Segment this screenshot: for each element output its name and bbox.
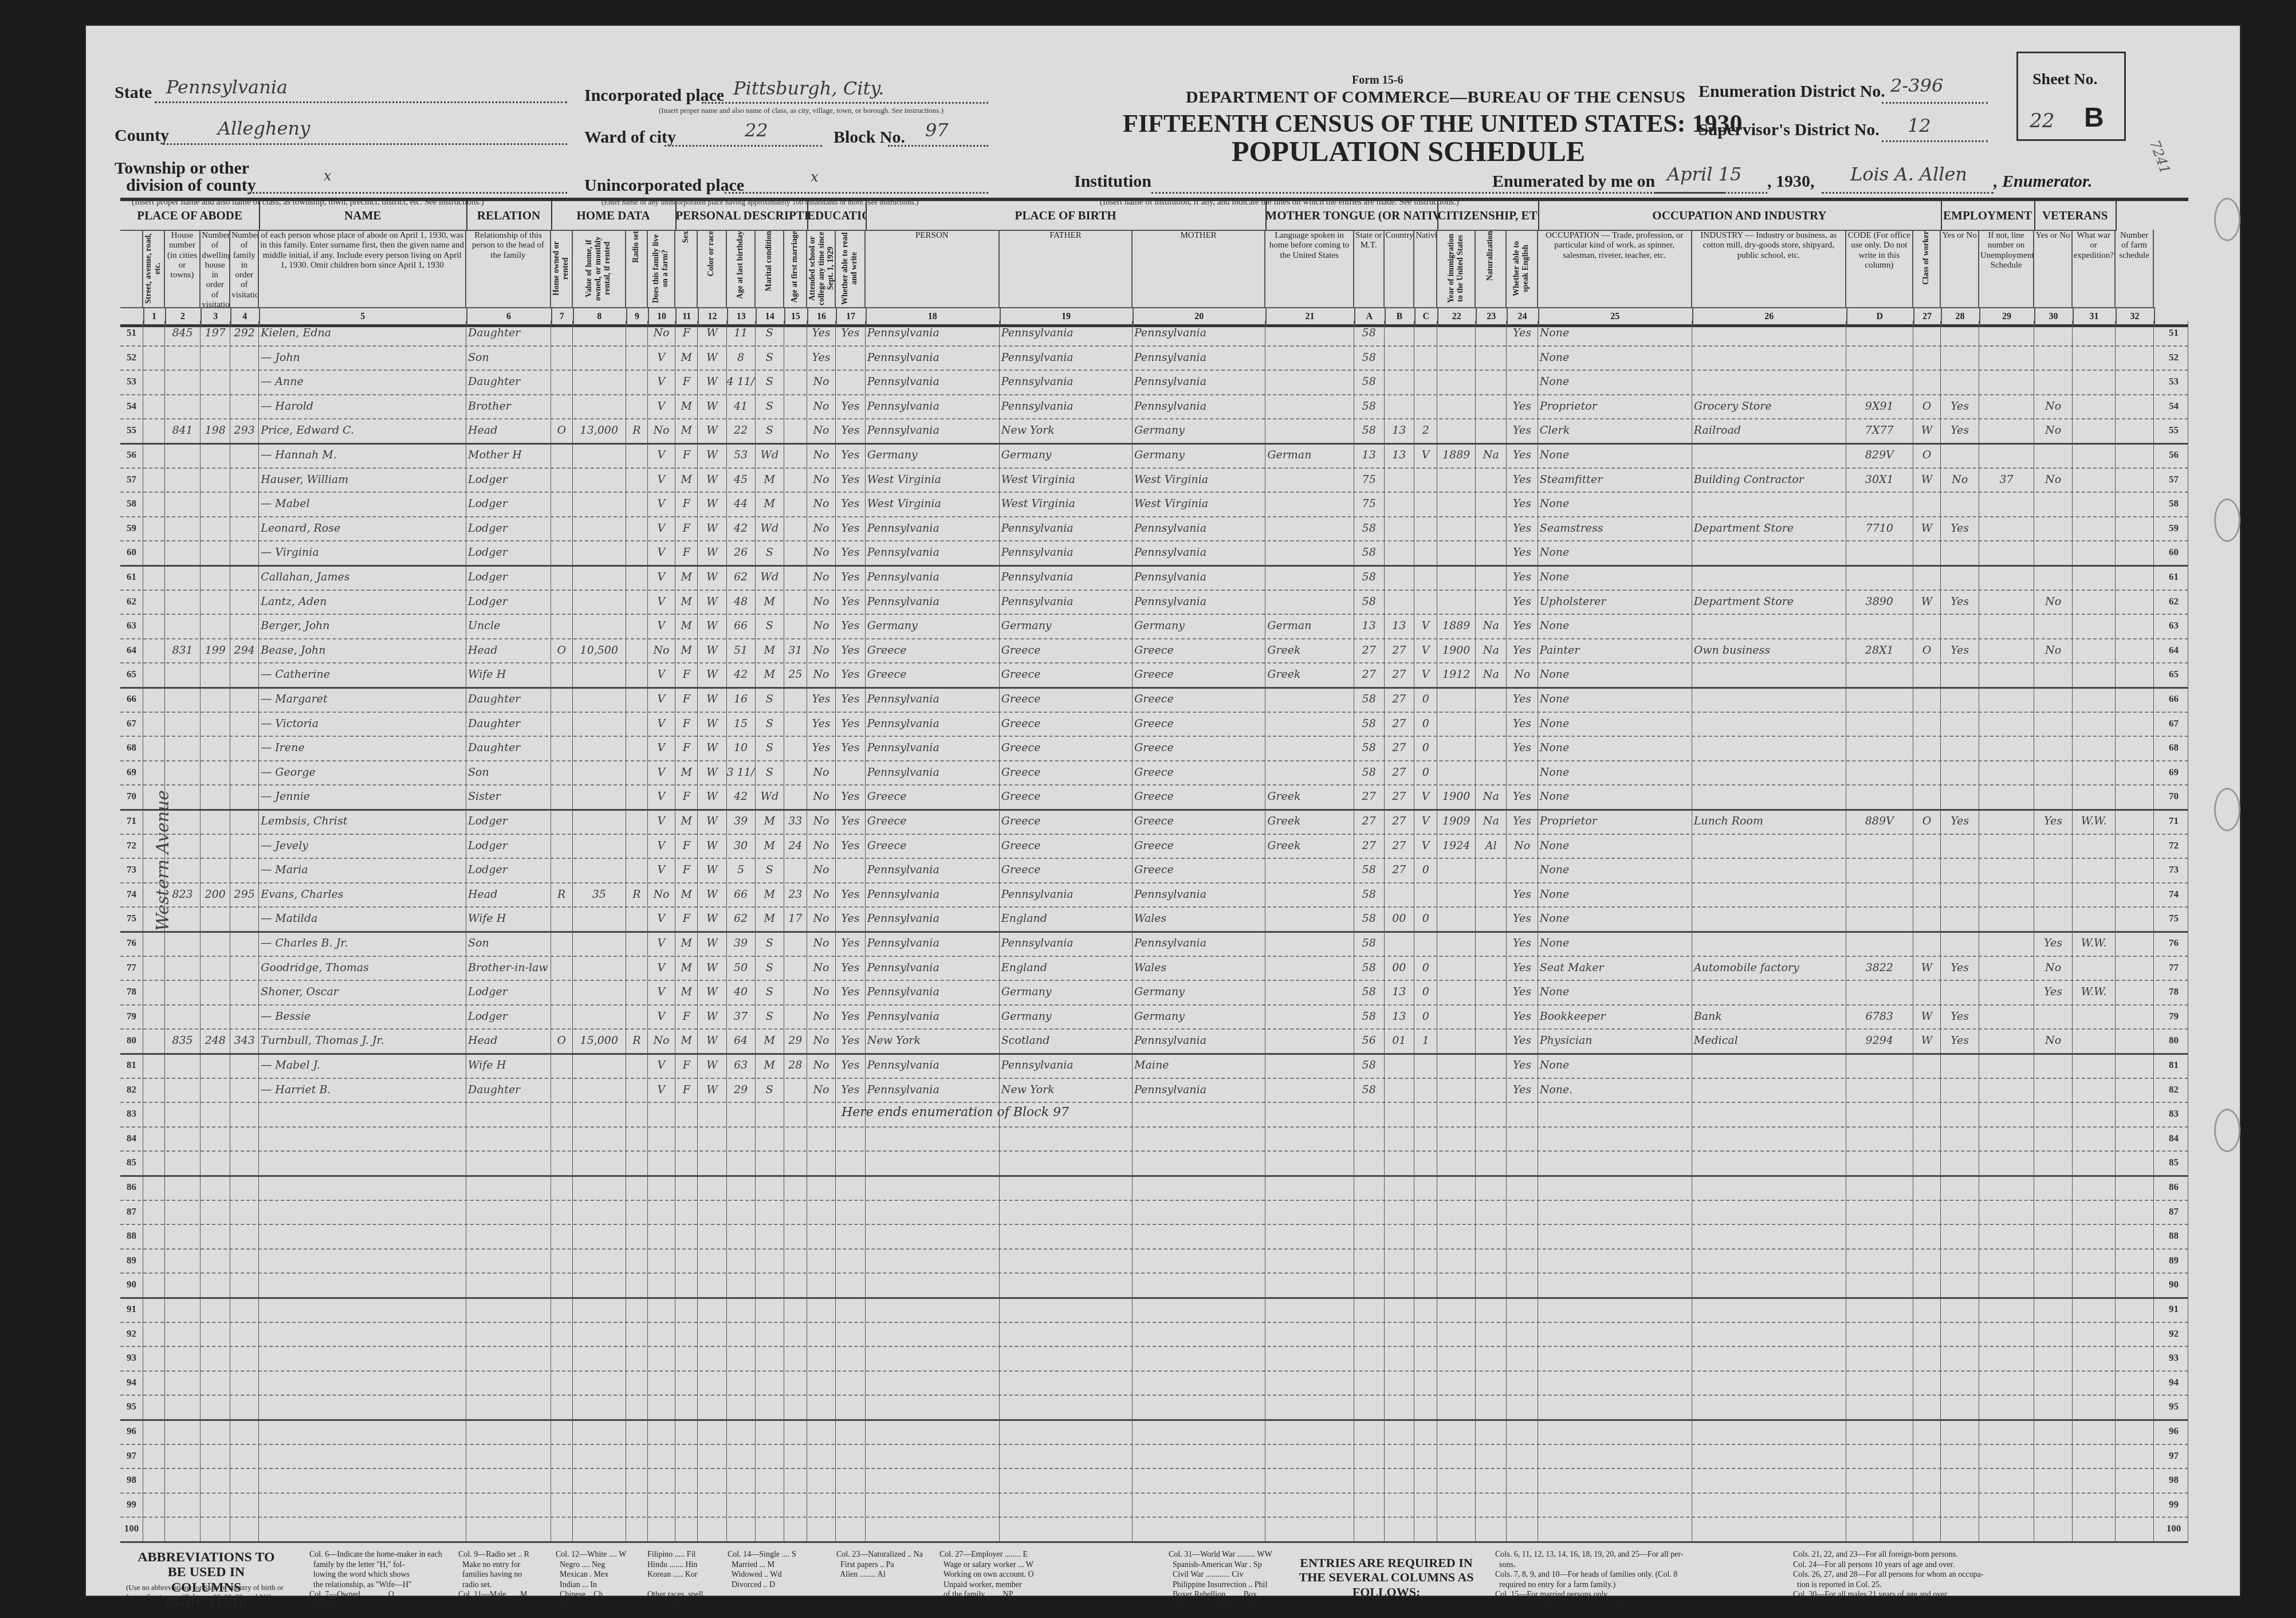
cell-vet bbox=[2034, 1444, 2073, 1468]
cell-farm-sched bbox=[2116, 1273, 2154, 1297]
cell-natur bbox=[1476, 858, 1507, 882]
cell-english: Yes bbox=[1507, 906, 1538, 931]
cell-dwelling: 248 bbox=[200, 1028, 230, 1053]
cell-line-right: 91 bbox=[2160, 1297, 2188, 1322]
cell-school: No bbox=[807, 540, 836, 565]
cell-sex: F bbox=[675, 321, 698, 345]
cell-marital bbox=[756, 1297, 784, 1322]
cell-school: No bbox=[807, 638, 836, 663]
cell-radio bbox=[626, 834, 648, 858]
cell-bp-mother: Germany bbox=[1133, 1004, 1265, 1029]
cell-race: W bbox=[698, 492, 726, 516]
cell-farm-sched bbox=[2116, 931, 2154, 956]
column-label-text: Does this family live on a farm? bbox=[652, 231, 670, 306]
column-group-header: PLACE OF BIRTH bbox=[866, 201, 1267, 231]
cell-emp bbox=[1941, 565, 1979, 590]
cell-value bbox=[573, 662, 627, 687]
cell-farm bbox=[648, 1273, 675, 1297]
cell-race: W bbox=[698, 1053, 726, 1078]
cell-natur bbox=[1476, 1419, 1507, 1444]
cell-read bbox=[836, 1395, 866, 1419]
cell-class bbox=[1913, 1419, 1941, 1444]
cell-read: Yes bbox=[836, 516, 866, 541]
cell-dwelling bbox=[200, 1297, 230, 1322]
cell-code-a: 58 bbox=[1354, 882, 1385, 907]
cell-code-a bbox=[1354, 1150, 1385, 1175]
cell-english bbox=[1507, 1517, 1538, 1541]
cell-natur bbox=[1476, 736, 1507, 760]
cell-vet: Yes bbox=[2034, 809, 2073, 834]
cell-line-right: 90 bbox=[2160, 1273, 2188, 1297]
column-label: Street, avenue, road, etc. bbox=[143, 230, 165, 307]
cell-house bbox=[165, 1150, 201, 1175]
cell-bp-mother: Pennsylvania bbox=[1133, 1078, 1265, 1102]
cell-english: Yes bbox=[1507, 687, 1538, 712]
cell-age: 48 bbox=[727, 590, 756, 614]
cell-dwelling: 200 bbox=[200, 882, 230, 907]
cell-age-marr bbox=[784, 1004, 807, 1029]
cell-code-b bbox=[1385, 1493, 1415, 1517]
cell-bp-person: Pennsylvania bbox=[866, 858, 1000, 882]
cell-code-d bbox=[1846, 662, 1913, 687]
cell-bp-person bbox=[866, 1517, 1000, 1541]
cell-dwelling bbox=[200, 712, 230, 736]
cell-immig bbox=[1437, 1224, 1476, 1248]
cell-family bbox=[230, 858, 259, 882]
cell-code-d bbox=[1846, 1200, 1913, 1224]
cell-read bbox=[836, 1297, 866, 1322]
cell-sex: F bbox=[675, 736, 698, 760]
cell-bp-father bbox=[1000, 1395, 1133, 1419]
cell-bp-mother: Pennsylvania bbox=[1133, 540, 1265, 565]
cell-war bbox=[2073, 492, 2116, 516]
cell-bp-mother: Pennsylvania bbox=[1133, 370, 1265, 394]
cell-school bbox=[807, 1395, 836, 1419]
cell-age: 50 bbox=[727, 956, 756, 980]
cell-radio bbox=[626, 1126, 648, 1151]
cell-house bbox=[165, 540, 201, 565]
cell-family bbox=[230, 345, 259, 370]
cell-english bbox=[1507, 1297, 1538, 1322]
cell-dwelling bbox=[200, 1102, 230, 1126]
cell-bp-person: Pennsylvania bbox=[866, 736, 1000, 760]
cell-radio bbox=[626, 1102, 648, 1126]
cell-age: 62 bbox=[727, 906, 756, 931]
cell-immig bbox=[1437, 736, 1476, 760]
cell-farm: V bbox=[648, 736, 675, 760]
cell-name: — Hannah M. bbox=[259, 443, 466, 468]
cell-marital: S bbox=[756, 858, 784, 882]
cell-english bbox=[1507, 1322, 1538, 1346]
cell-relation: Lodger bbox=[466, 809, 551, 834]
cell-house bbox=[165, 931, 201, 956]
cell-line: 75 bbox=[120, 906, 143, 931]
cell-code-c bbox=[1414, 492, 1437, 516]
cell-code-a: 58 bbox=[1354, 760, 1385, 785]
cell-industry bbox=[1692, 1297, 1846, 1322]
cell-relation: Head bbox=[466, 418, 551, 443]
cell-line: 56 bbox=[120, 443, 143, 468]
cell-farm-sched bbox=[2116, 1419, 2154, 1444]
cell-emp bbox=[1941, 882, 1979, 907]
end-of-block-note: Here ends enumeration of Block 97 bbox=[842, 1105, 1069, 1120]
cell-owned bbox=[551, 1126, 573, 1151]
cell-occupation bbox=[1538, 1200, 1692, 1224]
column-group-header: EMPLOYMENT bbox=[1941, 201, 2035, 231]
cell-race bbox=[698, 1175, 726, 1200]
cell-industry: Department Store bbox=[1692, 516, 1846, 541]
cell-relation: Lodger bbox=[466, 858, 551, 882]
cell-value bbox=[573, 956, 627, 980]
cell-age-marr bbox=[784, 784, 807, 809]
cell-relation: Daughter bbox=[466, 736, 551, 760]
cell-natur bbox=[1476, 1078, 1507, 1102]
cell-race: W bbox=[698, 418, 726, 443]
cell-code-c bbox=[1414, 1102, 1437, 1126]
empty-table-row: 9191 bbox=[120, 1297, 2188, 1323]
cell-sex bbox=[675, 1102, 698, 1126]
cell-line: 90 bbox=[120, 1273, 143, 1297]
cell-read: Yes bbox=[836, 468, 866, 492]
cell-industry bbox=[1692, 687, 1846, 712]
cell-dwelling: 198 bbox=[200, 418, 230, 443]
cell-vet bbox=[2034, 516, 2073, 541]
cell-bp-father: Scotland bbox=[1000, 1028, 1133, 1053]
cell-line: 95 bbox=[120, 1395, 143, 1419]
cell-war bbox=[2073, 1224, 2116, 1248]
cell-age bbox=[727, 1370, 756, 1395]
cell-occupation: None bbox=[1538, 687, 1692, 712]
cell-farm: No bbox=[648, 882, 675, 907]
cell-code-a bbox=[1354, 1370, 1385, 1395]
footer-col14: Col. 14—Single .... S Married ... M Wido… bbox=[728, 1550, 796, 1590]
cell-sex bbox=[675, 1200, 698, 1224]
cell-race: W bbox=[698, 906, 726, 931]
cell-line-right: 92 bbox=[2160, 1322, 2188, 1346]
cell-farm: V bbox=[648, 492, 675, 516]
cell-code-b: 27 bbox=[1385, 834, 1415, 858]
cell-bp-person: West Virginia bbox=[866, 468, 1000, 492]
cell-vet: No bbox=[2034, 1028, 2073, 1053]
cell-age: 11 bbox=[727, 321, 756, 345]
abbreviations-footer: ABBREVIATIONS TO BE USED IN COLUMNS INDI… bbox=[120, 1550, 2188, 1590]
cell-english bbox=[1507, 760, 1538, 785]
empty-table-row: 9696 bbox=[120, 1419, 2188, 1445]
cell-bp-father: Pennsylvania bbox=[1000, 370, 1133, 394]
cell-code-b: 27 bbox=[1385, 712, 1415, 736]
column-label-text: Country bbox=[1386, 231, 1414, 240]
cell-marital bbox=[756, 1126, 784, 1151]
cell-street bbox=[143, 662, 165, 687]
cell-school bbox=[807, 1370, 836, 1395]
cell-street bbox=[143, 1346, 165, 1370]
cell-owned bbox=[551, 590, 573, 614]
cell-read bbox=[836, 1322, 866, 1346]
cell-dwelling bbox=[200, 931, 230, 956]
cell-value bbox=[573, 931, 627, 956]
cell-line-right: 87 bbox=[2160, 1200, 2188, 1224]
cell-bp-mother bbox=[1133, 1297, 1265, 1322]
cell-marital: S bbox=[756, 760, 784, 785]
cell-bp-father: Greece bbox=[1000, 687, 1133, 712]
cell-code-b: 13 bbox=[1385, 980, 1415, 1004]
cell-school bbox=[807, 1419, 836, 1444]
cell-natur bbox=[1476, 760, 1507, 785]
cell-dwelling bbox=[200, 1444, 230, 1468]
cell-line-right: 63 bbox=[2160, 614, 2188, 638]
cell-bp-mother bbox=[1133, 1273, 1265, 1297]
cell-value bbox=[573, 345, 627, 370]
cell-sex bbox=[675, 1175, 698, 1200]
cell-owned bbox=[551, 760, 573, 785]
cell-emp bbox=[1941, 1175, 1979, 1200]
cell-vet: No bbox=[2034, 418, 2073, 443]
ward-line bbox=[665, 145, 822, 147]
cell-code-a bbox=[1354, 1322, 1385, 1346]
cell-code-b bbox=[1385, 1053, 1415, 1078]
cell-emp: Yes bbox=[1941, 590, 1979, 614]
cell-age: 16 bbox=[727, 687, 756, 712]
cell-english: Yes bbox=[1507, 590, 1538, 614]
cell-sex bbox=[675, 1468, 698, 1493]
cell-code-b bbox=[1385, 1444, 1415, 1468]
cell-bp-father bbox=[1000, 1493, 1133, 1517]
cell-family bbox=[230, 1297, 259, 1322]
cell-value bbox=[573, 590, 627, 614]
cell-occupation bbox=[1538, 1175, 1692, 1200]
cell-unemp bbox=[1979, 809, 2034, 834]
empty-table-row: 9797 bbox=[120, 1444, 2188, 1470]
cell-bp-father: Greece bbox=[1000, 662, 1133, 687]
cell-english bbox=[1507, 345, 1538, 370]
cell-bp-mother: Greece bbox=[1133, 760, 1265, 785]
cell-read bbox=[836, 1419, 866, 1444]
cell-read: Yes bbox=[836, 418, 866, 443]
cell-english: Yes bbox=[1507, 1078, 1538, 1102]
cell-vet bbox=[2034, 370, 2073, 394]
cell-line-right: 80 bbox=[2160, 1028, 2188, 1053]
cell-age bbox=[727, 1175, 756, 1200]
cell-bp-mother: Greece bbox=[1133, 784, 1265, 809]
cell-radio bbox=[626, 1322, 648, 1346]
cell-line: 74 bbox=[120, 882, 143, 907]
cell-unemp bbox=[1979, 1322, 2034, 1346]
cell-industry bbox=[1692, 1126, 1846, 1151]
cell-class: W bbox=[1913, 1028, 1941, 1053]
cell-code-a: 13 bbox=[1354, 443, 1385, 468]
cell-code-c bbox=[1414, 1150, 1437, 1175]
cell-code-b: 27 bbox=[1385, 736, 1415, 760]
table-row: 52— JohnSonVMW8SYesPennsylvaniaPennsylva… bbox=[120, 345, 2188, 371]
column-label: Yes or No bbox=[1941, 230, 1979, 307]
cell-value bbox=[573, 760, 627, 785]
cell-race: W bbox=[698, 980, 726, 1004]
cell-value: 15,000 bbox=[573, 1028, 627, 1053]
column-label-text: of each person whose place of abode on A… bbox=[260, 231, 464, 270]
cell-class bbox=[1913, 662, 1941, 687]
cell-sex: F bbox=[675, 516, 698, 541]
cell-owned bbox=[551, 1004, 573, 1029]
cell-vet bbox=[2034, 321, 2073, 345]
cell-owned bbox=[551, 345, 573, 370]
cell-immig: 1924 bbox=[1437, 834, 1476, 858]
block-label: Block No. bbox=[834, 128, 905, 147]
cell-owned bbox=[551, 1297, 573, 1322]
cell-street bbox=[143, 760, 165, 785]
cell-war bbox=[2073, 687, 2116, 712]
cell-code-a: 58 bbox=[1354, 906, 1385, 931]
cell-code-d bbox=[1846, 492, 1913, 516]
cell-race bbox=[698, 1493, 726, 1517]
column-label: Country bbox=[1385, 230, 1415, 307]
cell-farm-sched bbox=[2116, 956, 2154, 980]
cell-dwelling bbox=[200, 443, 230, 468]
cell-radio bbox=[626, 468, 648, 492]
cell-owned bbox=[551, 540, 573, 565]
cell-school: No bbox=[807, 1078, 836, 1102]
cell-code-a: 58 bbox=[1354, 1078, 1385, 1102]
cell-bp-person: Pennsylvania bbox=[866, 516, 1000, 541]
cell-line-right: 86 bbox=[2160, 1175, 2188, 1200]
cell-value bbox=[573, 1200, 627, 1224]
cell-unemp bbox=[1979, 614, 2034, 638]
cell-race bbox=[698, 1346, 726, 1370]
cell-school bbox=[807, 1468, 836, 1493]
cell-bp-father bbox=[1000, 1273, 1133, 1297]
cell-age bbox=[727, 1517, 756, 1541]
cell-farm-sched bbox=[2116, 784, 2154, 809]
cell-code-c: V bbox=[1414, 662, 1437, 687]
cell-emp bbox=[1941, 492, 1979, 516]
cell-marital: S bbox=[756, 345, 784, 370]
cell-owned bbox=[551, 1517, 573, 1541]
cell-code-c: V bbox=[1414, 614, 1437, 638]
cell-marital: M bbox=[756, 468, 784, 492]
schedule-title: POPULATION SCHEDULE bbox=[1232, 135, 1585, 168]
cell-english: Yes bbox=[1507, 394, 1538, 419]
cell-bp-mother bbox=[1133, 1370, 1265, 1395]
cell-lang bbox=[1265, 931, 1354, 956]
cell-class bbox=[1913, 1346, 1941, 1370]
cell-code-b bbox=[1385, 882, 1415, 907]
cell-lang bbox=[1265, 1150, 1354, 1175]
cell-line: 64 bbox=[120, 638, 143, 663]
cell-sex: M bbox=[675, 638, 698, 663]
cell-bp-mother bbox=[1133, 1444, 1265, 1468]
cell-farm-sched bbox=[2116, 980, 2154, 1004]
table-row: 57Hauser, WilliamLodgerVMW45MNoYesWest V… bbox=[120, 468, 2188, 493]
cell-emp: Yes bbox=[1941, 638, 1979, 663]
cell-code-b bbox=[1385, 1224, 1415, 1248]
cell-war bbox=[2073, 1517, 2116, 1541]
cell-name bbox=[259, 1273, 466, 1297]
cell-farm-sched bbox=[2116, 394, 2154, 419]
cell-occupation: None bbox=[1538, 906, 1692, 931]
cell-radio bbox=[626, 784, 648, 809]
cell-owned bbox=[551, 1395, 573, 1419]
cell-read: Yes bbox=[836, 1053, 866, 1078]
cell-immig bbox=[1437, 956, 1476, 980]
cell-war bbox=[2073, 784, 2116, 809]
cell-school: No bbox=[807, 1053, 836, 1078]
cell-line-right: 77 bbox=[2160, 956, 2188, 980]
cell-code-b bbox=[1385, 1419, 1415, 1444]
cell-dwelling bbox=[200, 1370, 230, 1395]
cell-industry: Own business bbox=[1692, 638, 1846, 663]
cell-unemp bbox=[1979, 1175, 2034, 1200]
cell-age-marr bbox=[784, 1150, 807, 1175]
cell-unemp bbox=[1979, 418, 2034, 443]
cell-bp-father: Pennsylvania bbox=[1000, 565, 1133, 590]
cell-marital: S bbox=[756, 736, 784, 760]
cell-read: Yes bbox=[836, 590, 866, 614]
cell-code-a: 56 bbox=[1354, 1028, 1385, 1053]
cell-read: Yes bbox=[836, 687, 866, 712]
cell-english bbox=[1507, 858, 1538, 882]
cell-race: W bbox=[698, 712, 726, 736]
cell-vet: No bbox=[2034, 956, 2073, 980]
cell-farm-sched bbox=[2116, 638, 2154, 663]
cell-farm: V bbox=[648, 906, 675, 931]
cell-age-marr bbox=[784, 687, 807, 712]
cell-sex: F bbox=[675, 1053, 698, 1078]
cell-read: Yes bbox=[836, 443, 866, 468]
cell-sex: F bbox=[675, 784, 698, 809]
cell-family bbox=[230, 1004, 259, 1029]
cell-emp bbox=[1941, 1102, 1979, 1126]
cell-english: Yes bbox=[1507, 956, 1538, 980]
table-row: 64831199294Bease, JohnHeadO10,500NoMW51M… bbox=[120, 638, 2188, 664]
cell-relation: Lodger bbox=[466, 1004, 551, 1029]
cell-line-right: 98 bbox=[2160, 1468, 2188, 1493]
cell-value bbox=[573, 492, 627, 516]
institution-line bbox=[1151, 192, 1724, 194]
cell-line-right: 66 bbox=[2160, 687, 2188, 712]
cell-code-d bbox=[1846, 321, 1913, 345]
empty-table-row: 8787 bbox=[120, 1200, 2188, 1226]
cell-code-b: 13 bbox=[1385, 443, 1415, 468]
cell-unemp bbox=[1979, 1493, 2034, 1517]
cell-war bbox=[2073, 418, 2116, 443]
cell-radio bbox=[626, 1444, 648, 1468]
cell-code-a bbox=[1354, 1102, 1385, 1126]
cell-lang bbox=[1265, 1004, 1354, 1029]
cell-industry bbox=[1692, 540, 1846, 565]
cell-owned bbox=[551, 784, 573, 809]
cell-age-marr: 31 bbox=[784, 638, 807, 663]
cell-bp-father: Greece bbox=[1000, 712, 1133, 736]
cell-value bbox=[573, 1346, 627, 1370]
cell-bp-person: Pennsylvania bbox=[866, 980, 1000, 1004]
cell-unemp bbox=[1979, 1248, 2034, 1273]
cell-emp bbox=[1941, 1150, 1979, 1175]
cell-dwelling bbox=[200, 614, 230, 638]
cell-line-right: 89 bbox=[2160, 1248, 2188, 1273]
cell-code-b bbox=[1385, 1175, 1415, 1200]
cell-code-a: 27 bbox=[1354, 662, 1385, 687]
cell-line: 62 bbox=[120, 590, 143, 614]
cell-family bbox=[230, 784, 259, 809]
cell-marital: S bbox=[756, 687, 784, 712]
cell-family bbox=[230, 1200, 259, 1224]
cell-farm bbox=[648, 1444, 675, 1468]
cell-name: — George bbox=[259, 760, 466, 785]
cell-lang: Greek bbox=[1265, 834, 1354, 858]
cell-lang bbox=[1265, 760, 1354, 785]
cell-owned bbox=[551, 468, 573, 492]
footer-col12-more: Filipino ..... Fil Hindu ....... Hin Kor… bbox=[647, 1550, 703, 1610]
cell-line: 54 bbox=[120, 394, 143, 419]
